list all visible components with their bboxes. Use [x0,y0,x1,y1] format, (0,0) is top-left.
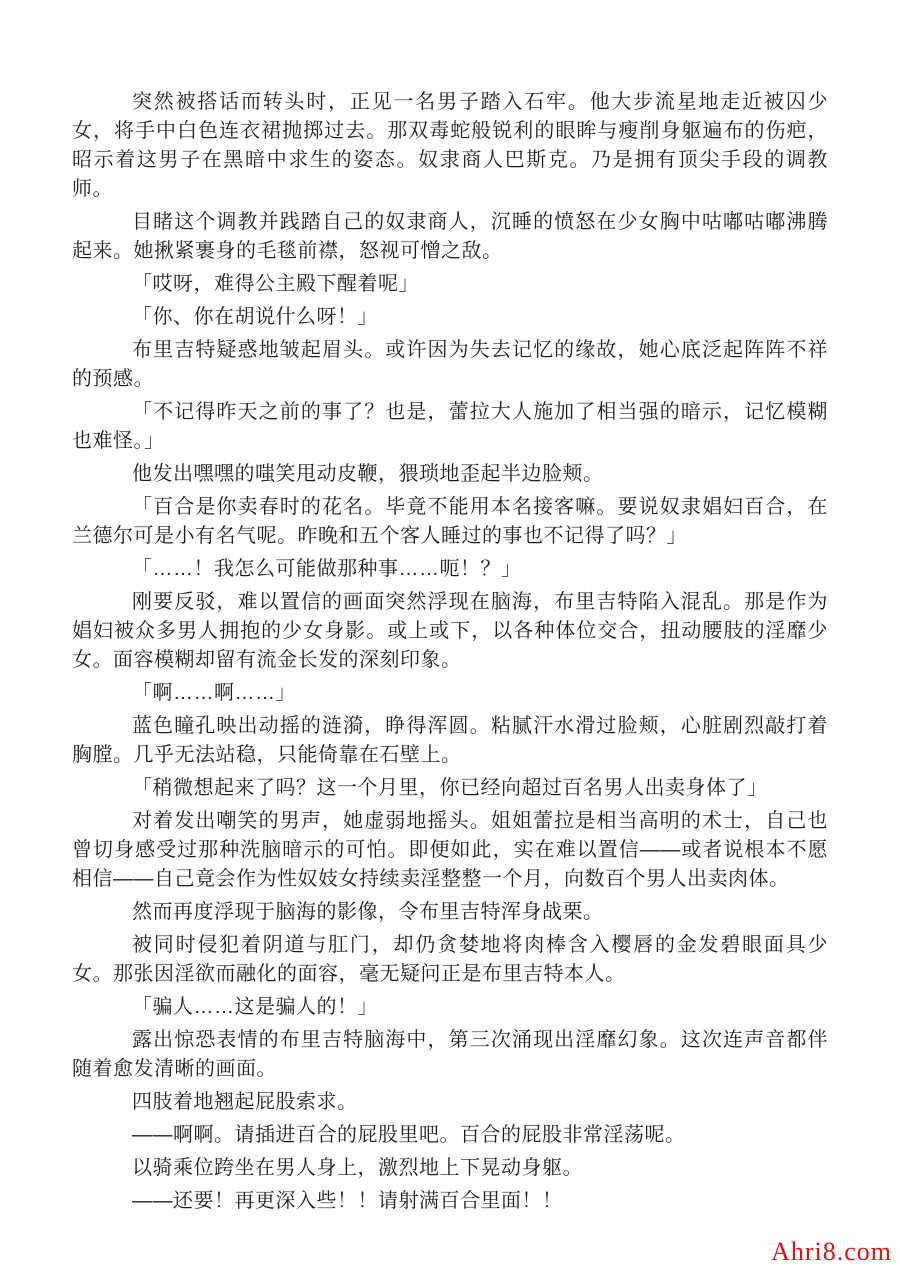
paragraph: 「不记得昨天之前的事了？也是，蕾拉大人施加了相当强的暗示，记忆模糊也难怪。」 [72,398,828,456]
paragraph: 「骗人……这是骗人的！」 [72,993,828,1022]
novel-text-block: 突然被搭话而转头时，正见一名男子踏入石牢。他大步流星地走近被囚少女，将手中白色连… [72,88,828,1220]
paragraph: 蓝色瞳孔映出动摇的涟漪，睁得浑圆。粘腻汗水滑过脸颊，心脏剧烈敲打着胸膛。几乎无法… [72,712,828,770]
paragraph: 然而再度浮现于脑海的影像，令布里吉特浑身战栗。 [72,898,828,927]
paragraph: 「啊……啊……」 [72,679,828,708]
paragraph: 刚要反驳，难以置信的画面突然浮现在脑海，布里吉特陷入混乱。那是作为娼妇被众多男人… [72,588,828,675]
paragraph: 「你、你在胡说什么呀！」 [72,303,828,332]
paragraph: 「百合是你卖春时的花名。毕竟不能用本名接客嘛。要说奴隶娼妇百合，在兰德尔可是小有… [72,493,828,551]
paragraph: 四肢着地翘起屁股索求。 [72,1088,828,1117]
paragraph: 「稍微想起来了吗？这一个月里，你已经向超过百名男人出卖身体了」 [72,774,828,803]
paragraph: 对着发出嘲笑的男声，她虚弱地摇头。姐姐蕾拉是相当高明的术士，自己也曾切身感受过那… [72,807,828,894]
paragraph: ——啊啊。请插进百合的屁股里吧。百合的屁股非常淫荡呢。 [72,1121,828,1150]
paragraph: 「哎呀，难得公主殿下醒着呢」 [72,270,828,299]
paragraph: 布里吉特疑惑地皱起眉头。或许因为失去记忆的缘故，她心底泛起阵阵不祥的预感。 [72,336,828,394]
paragraph: 突然被搭话而转头时，正见一名男子踏入石牢。他大步流星地走近被囚少女，将手中白色连… [72,88,828,204]
paragraph: 被同时侵犯着阴道与肛门，却仍贪婪地将肉棒含入樱唇的金发碧眼面具少女。那张因淫欲而… [72,931,828,989]
novel-page: 突然被搭话而转头时，正见一名男子踏入石牢。他大步流星地走近被囚少女，将手中白色连… [0,0,900,1271]
paragraph: ——还要！再更深入些！！请射满百合里面！！ [72,1187,828,1216]
watermark-ahri8: Ahri8.com [771,1239,892,1265]
paragraph: 「……！我怎么可能做那种事……呃！？」 [72,555,828,584]
paragraph: 露出惊恐表情的布里吉特脑海中，第三次涌现出淫靡幻象。这次连声音都伴随着愈发清晰的… [72,1026,828,1084]
paragraph: 他发出嘿嘿的嗤笑甩动皮鞭，猥琐地歪起半边脸颊。 [72,460,828,489]
paragraph: 目睹这个调教并践踏自己的奴隶商人，沉睡的愤怒在少女胸中咕嘟咕嘟沸腾起来。她揪紧裹… [72,208,828,266]
paragraph: 以骑乘位跨坐在男人身上，激烈地上下晃动身躯。 [72,1154,828,1183]
